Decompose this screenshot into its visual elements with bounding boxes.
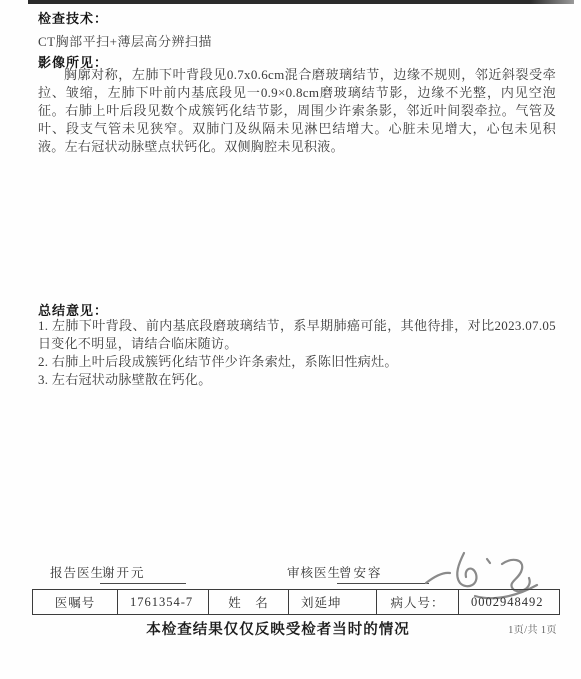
findings-text: 胸廓对称，左肺下叶背段见0.7x0.6cm混合磨玻璃结节，边缘不规则，邻近斜裂受… (38, 66, 556, 156)
report-doctor-name: 谢开元 (100, 563, 186, 584)
footer-disclaimer: 本检查结果仅仅反映受检者当时的情况 (33, 618, 523, 639)
summary-item-2: 2. 右肺上叶后段成簇钙化结节伴少许条索灶，系陈旧性病灶。 (38, 353, 556, 371)
top-divider-line (28, 0, 574, 4)
patient-name-label: 姓 名 (209, 590, 289, 615)
summary-item-3: 3. 左右冠状动脉壁散在钙化。 (38, 371, 556, 389)
patient-name-value: 刘延坤 (289, 590, 377, 615)
patient-number-label: 病人号： (377, 590, 459, 615)
ct-report-page: 检查技术： CT胸部平扫+薄层高分辨扫描 影像所见： 胸廓对称，左肺下叶背段见0… (0, 0, 581, 679)
review-doctor-name: 曾安容 (337, 563, 429, 584)
signoff-row: 报告医生 谢开元 审核医生 曾安容 (0, 563, 581, 585)
page-number: 1页/共 1页 (508, 621, 557, 636)
exam-technique-heading: 检查技术： (38, 8, 108, 27)
order-number-label: 医嘱号 (33, 590, 118, 615)
exam-technique-value: CT胸部平扫+薄层高分辨扫描 (38, 31, 212, 50)
patient-number-value: 0002948492 (459, 590, 560, 615)
report-doctor-label: 报告医生 (50, 563, 104, 581)
order-number-value: 1761354-7 (118, 590, 209, 615)
table-row: 医嘱号 1761354-7 姓 名 刘延坤 病人号： 0002948492 (33, 590, 560, 615)
patient-info-table: 医嘱号 1761354-7 姓 名 刘延坤 病人号： 0002948492 (32, 589, 560, 615)
summary-item-1: 1. 左肺下叶背段、前内基底段磨玻璃结节，系早期肺癌可能，其他待排，对比2023… (38, 317, 556, 353)
summary-list: 1. 左肺下叶背段、前内基底段磨玻璃结节，系早期肺癌可能，其他待排，对比2023… (38, 317, 556, 389)
review-doctor-label: 审核医生 (287, 563, 341, 581)
